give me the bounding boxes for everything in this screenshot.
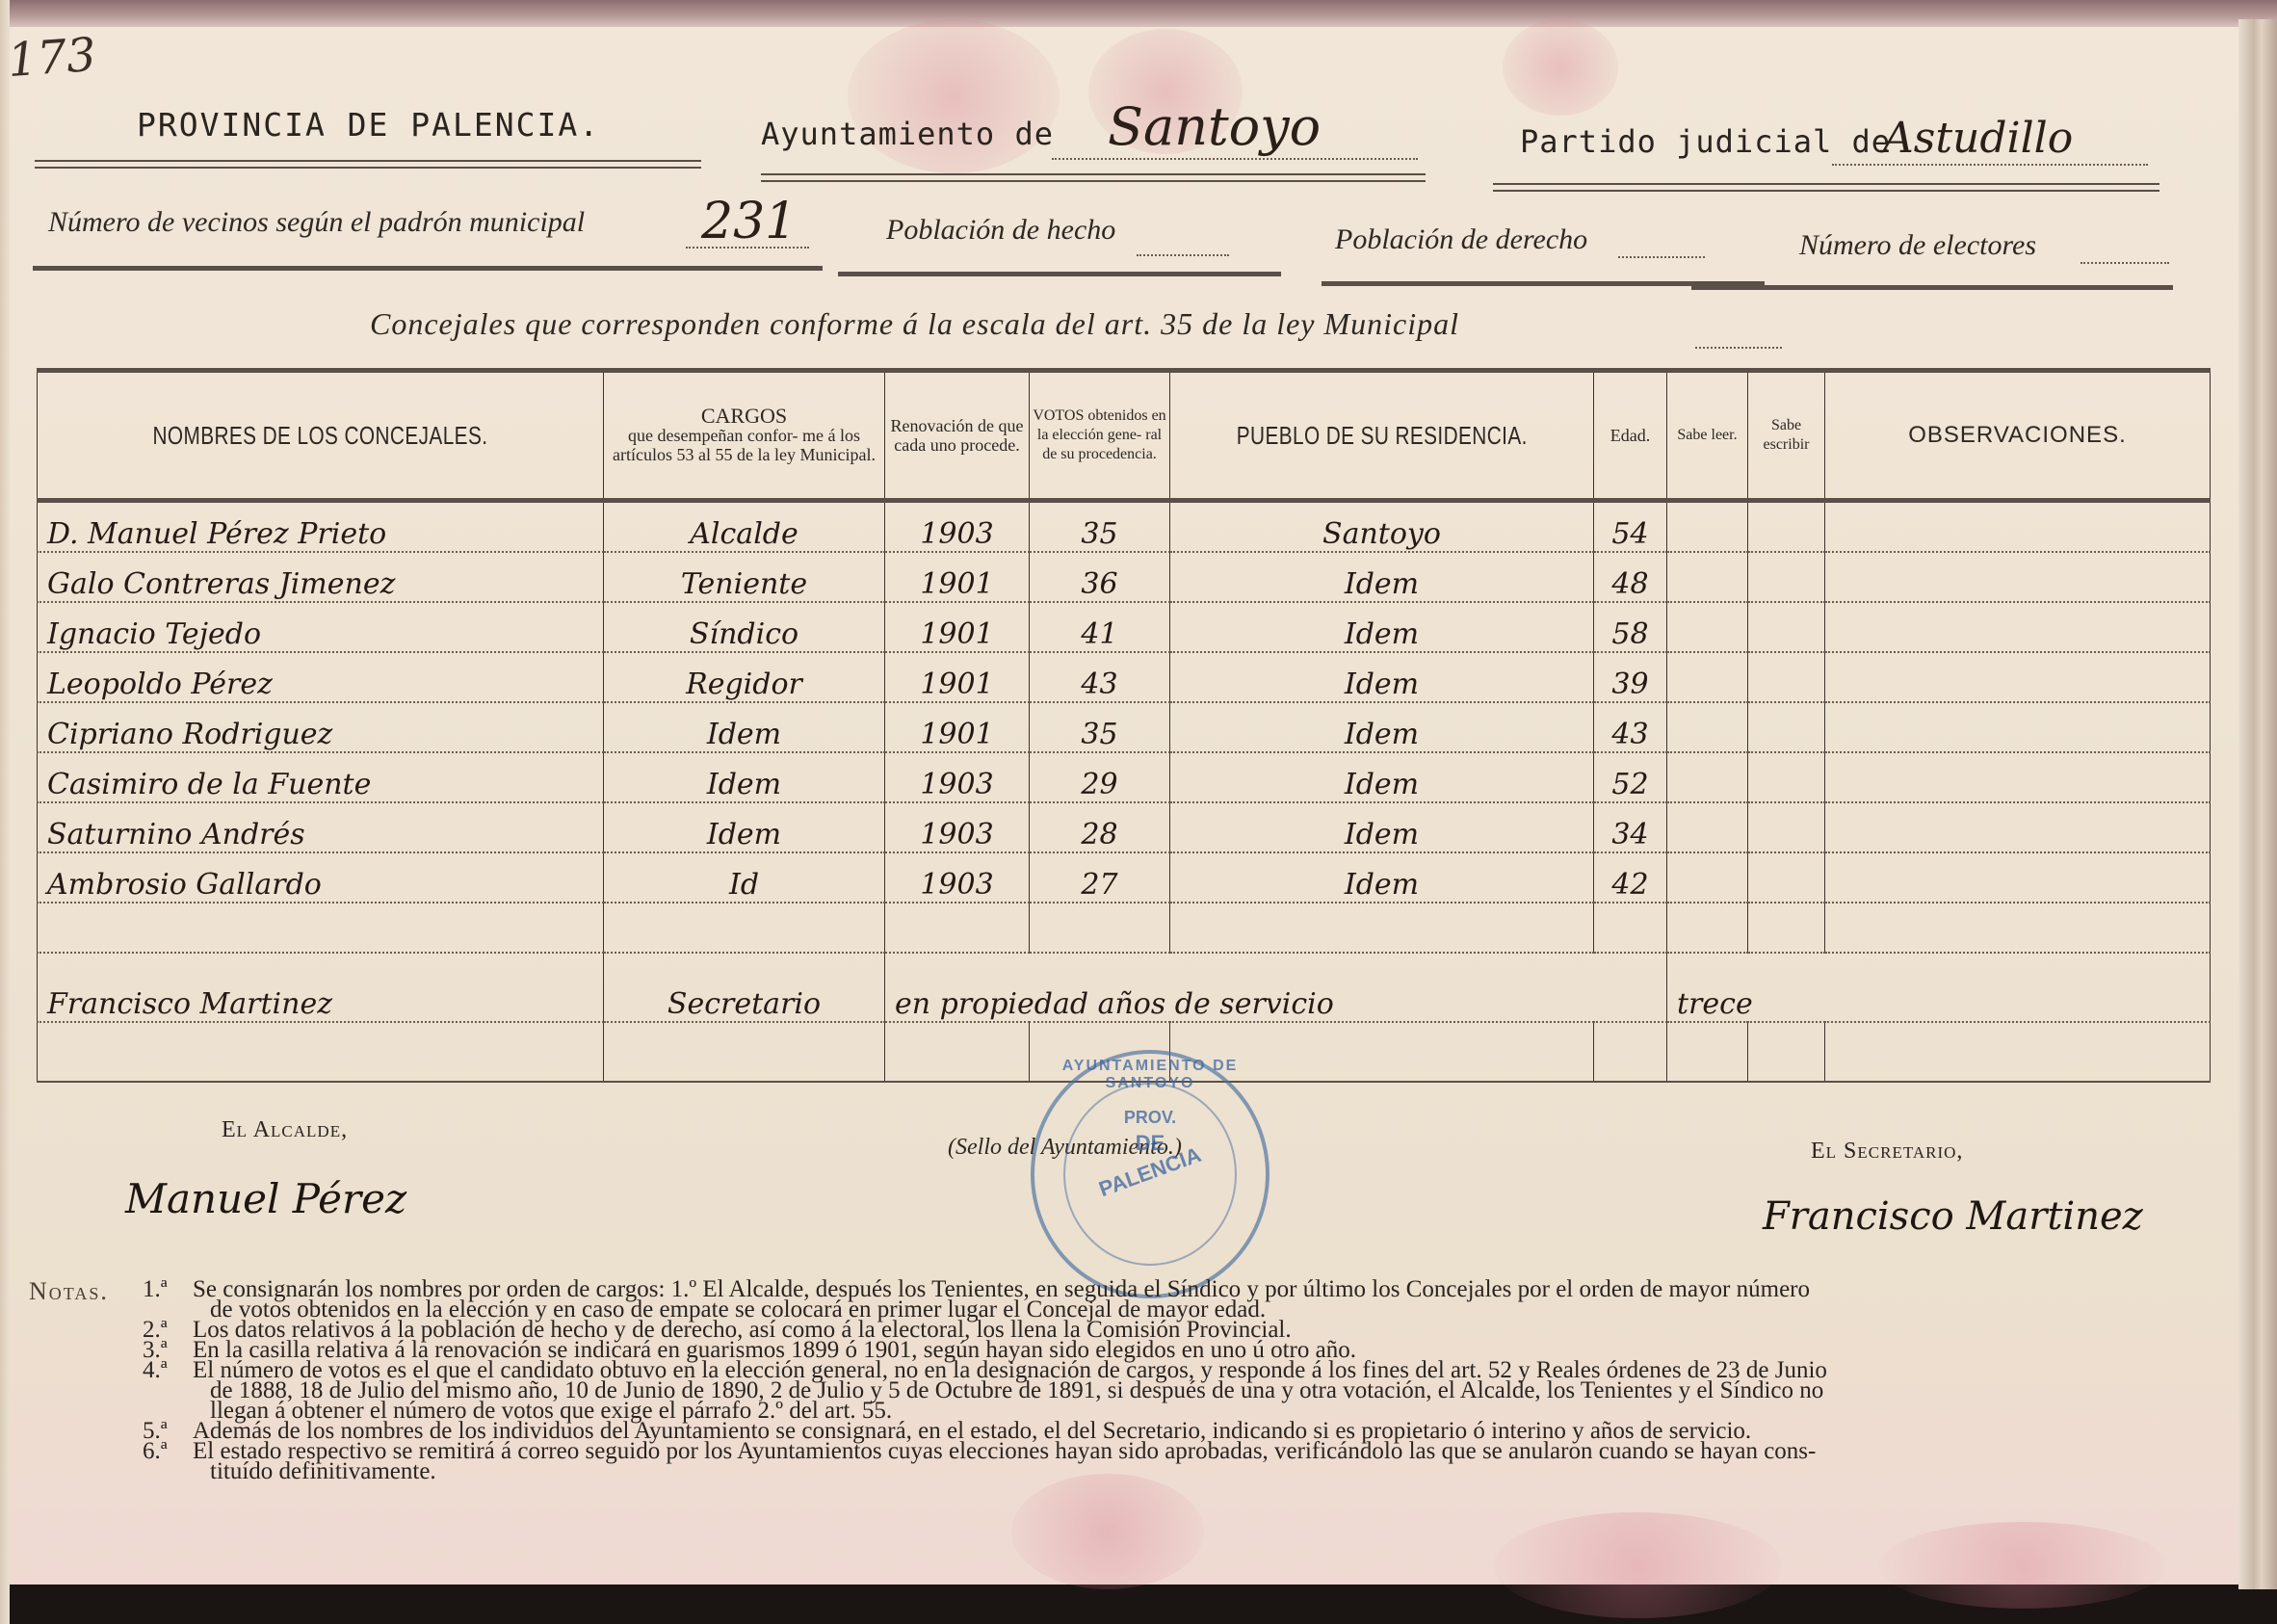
col-header-cargos: CARGOS que desempeñan confor- me á los a… [604, 371, 885, 501]
col-header-sabe-escribir: Sabe escribir [1748, 371, 1825, 501]
cell-edad: 42 [1594, 852, 1667, 903]
cell-renovacion: 1903 [885, 802, 1030, 852]
table-row: Ambrosio Gallardo Id 1903 27 Idem 42 [38, 852, 2211, 903]
cell-renovacion: 1901 [885, 552, 1030, 602]
cell-renovacion: 1903 [885, 501, 1030, 553]
table-row: Saturnino Andrés Idem 1903 28 Idem 34 [38, 802, 2211, 852]
cell-observaciones [1825, 802, 2211, 852]
table-row: D. Manuel Pérez Prieto Alcalde 1903 35 S… [38, 501, 2211, 553]
table-row: Cipriano Rodriguez Idem 1901 35 Idem 43 [38, 702, 2211, 752]
secretario-signature: Francisco Martinez [1763, 1194, 2143, 1239]
municipal-stamp: AYUNTAMIENTO DE SANTOYO PROV. DE PALENCI… [1031, 1050, 1269, 1298]
table-row: Galo Contreras Jimenez Teniente 1901 36 … [38, 552, 2211, 602]
cell-votos: 29 [1030, 752, 1170, 802]
cell-sabe-escribir [1748, 702, 1825, 752]
cell-nombre [38, 903, 604, 953]
rule [1691, 285, 2173, 290]
notes-label: Notas. [29, 1281, 109, 1301]
cell-cargo: Idem [604, 702, 885, 752]
cell-observaciones [1825, 852, 2211, 903]
book-right-edge [2238, 19, 2277, 1589]
cell-votos [1030, 903, 1170, 953]
note-item: 1.ªSe consignarán los nombres por orden … [143, 1279, 2223, 1320]
cell-pueblo: Idem [1170, 752, 1594, 802]
cell-cargo: Teniente [604, 552, 885, 602]
cell-votos: 41 [1030, 602, 1170, 652]
cell-renovacion: 1903 [885, 852, 1030, 903]
col-header-renovacion: Renovación de que cada uno procede. [885, 371, 1030, 501]
cell-votos: 28 [1030, 802, 1170, 852]
cell-edad [1594, 903, 1667, 953]
cell-pueblo: Idem [1170, 652, 1594, 702]
note-item: 6.ªEl estado respectivo se remitirá á co… [143, 1441, 2223, 1481]
cell-observaciones [1825, 903, 2211, 953]
col-header-observaciones: OBSERVACIONES. [1825, 371, 2211, 501]
cell-sabe-leer [1667, 852, 1748, 903]
note-item: 4.ªEl número de votos es el que el candi… [143, 1360, 2223, 1421]
cell-renovacion: 1901 [885, 702, 1030, 752]
cell-edad: 48 [1594, 552, 1667, 602]
cell-cargo: Id [604, 852, 885, 903]
cell-observaciones [1825, 702, 2211, 752]
cell-sabe-leer [1667, 903, 1748, 953]
cell-edad: 43 [1594, 702, 1667, 752]
rule [1493, 183, 2159, 192]
cell-pueblo: Santoyo [1170, 501, 1594, 553]
col-header-votos: VOTOS obtenidos en la elección gene- ral… [1030, 371, 1170, 501]
cell-sabe-leer [1667, 552, 1748, 602]
poblacion-hecho-field [1137, 254, 1229, 256]
cell-observaciones [1825, 652, 2211, 702]
partido-label: Partido judicial de [1520, 123, 1891, 160]
book-left-edge [0, 0, 10, 1624]
rule [33, 266, 823, 271]
cell-edad: 34 [1594, 802, 1667, 852]
electores-label: Número de electores [1799, 229, 2036, 262]
alcalde-label: El Alcalde, [222, 1117, 348, 1143]
province-title: PROVINCIA DE PALENCIA. [137, 106, 600, 144]
cell-votos: 36 [1030, 552, 1170, 602]
poblacion-hecho-label: Población de hecho [886, 214, 1115, 247]
cell-edad: 58 [1594, 602, 1667, 652]
table-row: Leopoldo Pérez Regidor 1901 43 Idem 39 [38, 652, 2211, 702]
partido-value: Astudillo [1883, 114, 2073, 163]
concejales-caption: Concejales que corresponden conforme á l… [370, 306, 1459, 342]
cell-pueblo: Idem [1170, 802, 1594, 852]
cell-cargo [604, 903, 885, 953]
cell-cargo: Idem [604, 752, 885, 802]
book-top-edge [0, 0, 2277, 27]
poblacion-derecho-field [1618, 256, 1705, 258]
partido-field-line [1832, 164, 2148, 166]
col-header-edad: Edad. [1594, 371, 1667, 501]
cell-renovacion: 1901 [885, 652, 1030, 702]
cell-secretary-cargo: Secretario [604, 953, 885, 1022]
cell-nombre: Casimiro de la Fuente [38, 752, 604, 802]
electores-field [2081, 262, 2169, 264]
table-row: Casimiro de la Fuente Idem 1903 29 Idem … [38, 752, 2211, 802]
caption-field-line [1695, 347, 1782, 349]
poblacion-derecho-label: Población de derecho [1335, 223, 1587, 256]
folio-number: 173 [6, 28, 97, 88]
ayuntamiento-field-line [1052, 158, 1418, 160]
cell-pueblo: Idem [1170, 602, 1594, 652]
cell-nombre: Saturnino Andrés [38, 802, 604, 852]
cell-secretary-years: trece [1667, 953, 2211, 1022]
cell-nombre: Galo Contreras Jimenez [38, 552, 604, 602]
cell-edad: 39 [1594, 652, 1667, 702]
cell-renovacion: 1903 [885, 752, 1030, 802]
cell-renovacion: 1901 [885, 602, 1030, 652]
table-row: Ignacio Tejedo Síndico 1901 41 Idem 58 [38, 602, 2211, 652]
secretario-label: El Secretario, [1811, 1139, 1963, 1165]
cell-sabe-leer [1667, 702, 1748, 752]
vecinos-value: 231 [701, 193, 797, 250]
stamp-ring-text: AYUNTAMIENTO DE SANTOYO [1034, 1058, 1266, 1092]
cell-edad: 52 [1594, 752, 1667, 802]
cell-sabe-escribir [1748, 752, 1825, 802]
cell-sabe-escribir [1748, 501, 1825, 553]
cell-sabe-escribir [1748, 602, 1825, 652]
cell-votos: 35 [1030, 501, 1170, 553]
cell-votos: 27 [1030, 852, 1170, 903]
cell-sabe-escribir [1748, 652, 1825, 702]
rule [761, 173, 1426, 182]
cell-sabe-leer [1667, 501, 1748, 553]
concejales-table: NOMBRES DE LOS CONCEJALES. CARGOS que de… [37, 368, 2211, 1083]
cell-cargo: Regidor [604, 652, 885, 702]
cell-secretary-name: Francisco Martinez [38, 953, 604, 1022]
ayuntamiento-value: Santoyo [1108, 96, 1321, 157]
cell-sabe-leer [1667, 652, 1748, 702]
cell-sabe-escribir [1748, 552, 1825, 602]
cell-nombre: Leopoldo Pérez [38, 652, 604, 702]
rule [35, 160, 701, 169]
cell-edad: 54 [1594, 501, 1667, 553]
cell-secretary-detail: en propiedad años de servicio [885, 953, 1667, 1022]
col-header-sabe-leer: Sabe leer. [1667, 371, 1748, 501]
cell-sabe-leer [1667, 602, 1748, 652]
cell-renovacion [885, 903, 1030, 953]
secretary-row: Francisco Martinez Secretario en propied… [38, 953, 2211, 1022]
cell-pueblo [1170, 903, 1594, 953]
cell-sabe-escribir [1748, 903, 1825, 953]
cell-sabe-escribir [1748, 802, 1825, 852]
cell-observaciones [1825, 602, 2211, 652]
stamp-top-text: PROV. [1034, 1108, 1266, 1128]
cell-observaciones [1825, 552, 2211, 602]
cell-sabe-escribir [1748, 852, 1825, 903]
cell-observaciones [1825, 501, 2211, 553]
alcalde-signature: Manuel Pérez [125, 1175, 406, 1222]
cell-sabe-leer [1667, 752, 1748, 802]
ayuntamiento-label: Ayuntamiento de [761, 116, 1054, 152]
cell-nombre: Cipriano Rodriguez [38, 702, 604, 752]
cell-pueblo: Idem [1170, 552, 1594, 602]
cell-nombre: D. Manuel Pérez Prieto [38, 501, 604, 553]
col-header-nombres: NOMBRES DE LOS CONCEJALES. [38, 371, 604, 501]
cell-cargo: Síndico [604, 602, 885, 652]
cell-cargo: Alcalde [604, 501, 885, 553]
cell-observaciones [1825, 752, 2211, 802]
cell-pueblo: Idem [1170, 852, 1594, 903]
cell-cargo: Idem [604, 802, 885, 852]
cell-nombre: Ambrosio Gallardo [38, 852, 604, 903]
rule [838, 272, 1281, 276]
cell-nombre: Ignacio Tejedo [38, 602, 604, 652]
table-row-empty [38, 903, 2211, 953]
col-header-pueblo: PUEBLO DE SU RESIDENCIA. [1170, 371, 1594, 501]
cell-votos: 35 [1030, 702, 1170, 752]
cell-votos: 43 [1030, 652, 1170, 702]
vecinos-label: Número de vecinos según el padrón munici… [48, 206, 585, 239]
table-header-row: NOMBRES DE LOS CONCEJALES. CARGOS que de… [38, 371, 2211, 501]
cell-pueblo: Idem [1170, 702, 1594, 752]
cell-sabe-leer [1667, 802, 1748, 852]
